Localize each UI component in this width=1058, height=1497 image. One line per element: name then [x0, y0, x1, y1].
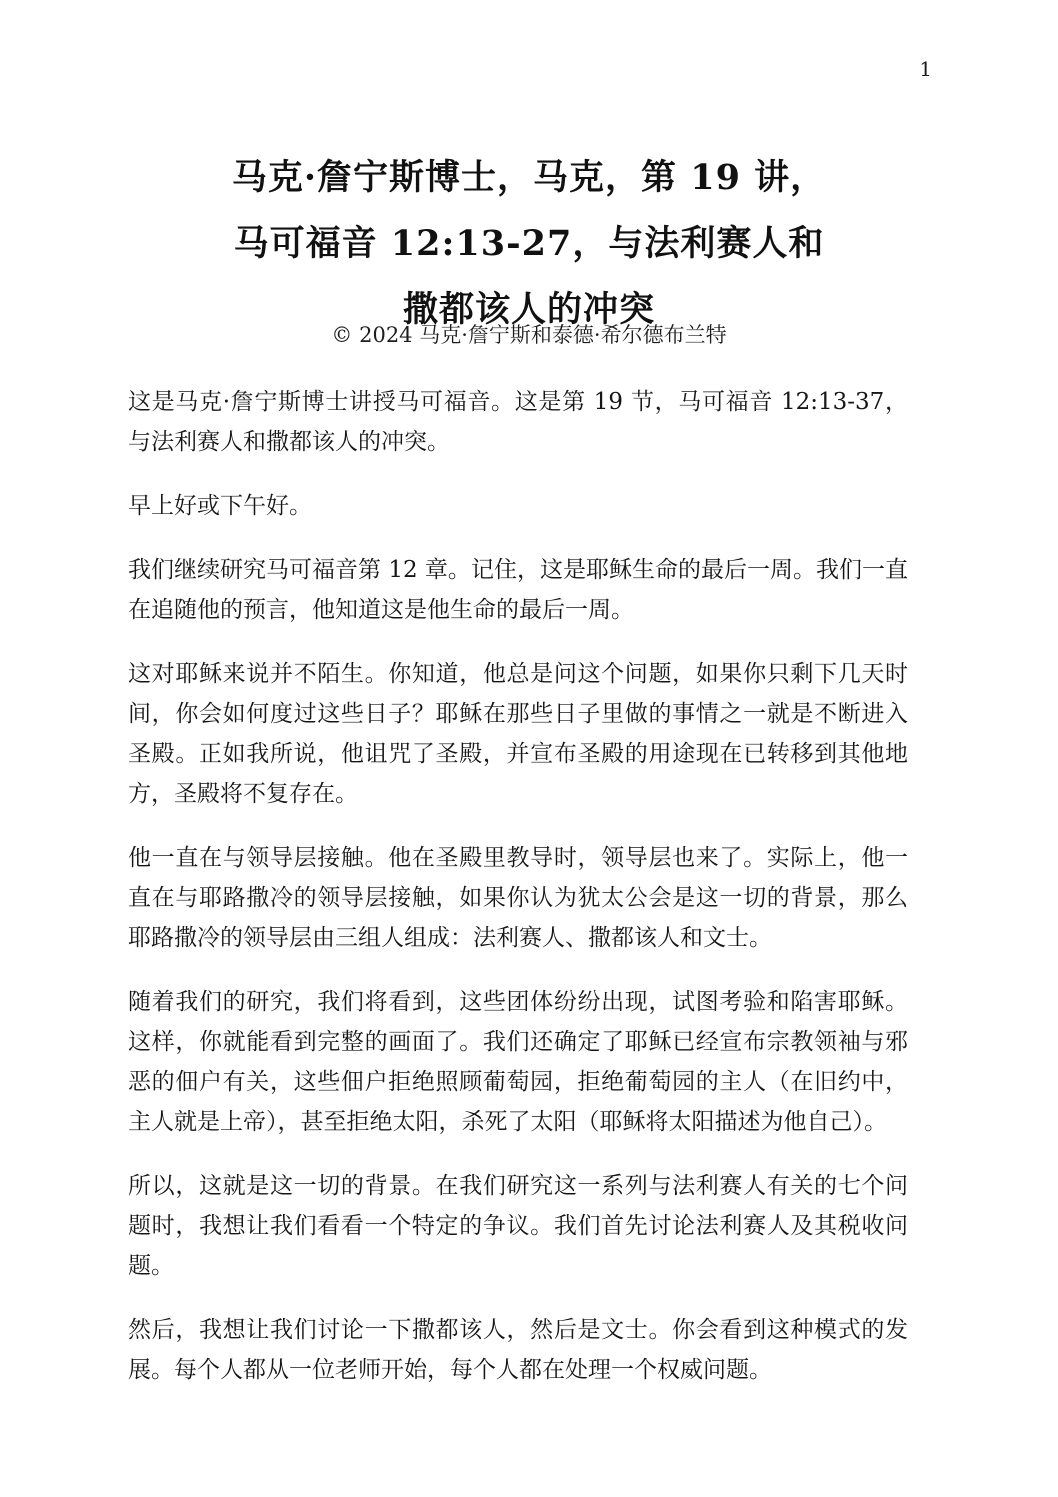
page-number: 1	[919, 56, 932, 82]
body-paragraph-5: 他一直在与领导层接触。他在圣殿里教导时，领导层也来了。实际上，他一直在与耶路撒冷…	[128, 838, 908, 958]
body-paragraph-1: 这是马克·詹宁斯博士讲授马可福音。这是第 19 节，马可福音 12:13-37，…	[128, 382, 908, 462]
document-page: 1 马克·詹宁斯博士，马克，第 19 讲， 马可福音 12:13-27，与法利赛…	[0, 0, 1058, 1497]
document-title-line-2: 马可福音 12:13-27，与法利赛人和	[0, 211, 1058, 277]
body-paragraph-3: 我们继续研究马可福音第 12 章。记住，这是耶稣生命的最后一周。我们一直在追随他…	[128, 550, 908, 630]
document-body: 这是马克·詹宁斯博士讲授马可福音。这是第 19 节，马可福音 12:13-37，…	[128, 382, 908, 1414]
body-paragraph-8: 然后，我想让我们讨论一下撒都该人，然后是文士。你会看到这种模式的发展。每个人都从…	[128, 1310, 908, 1390]
body-paragraph-4: 这对耶稣来说并不陌生。你知道，他总是问这个问题，如果你只剩下几天时间，你会如何度…	[128, 654, 908, 814]
copyright-line: © 2024 马克·詹宁斯和泰德·希尔德布兰特	[0, 320, 1058, 350]
document-title-line-1: 马克·詹宁斯博士，马克，第 19 讲，	[0, 145, 1058, 211]
body-paragraph-6: 随着我们的研究，我们将看到，这些团体纷纷出现，试图考验和陷害耶稣。这样，你就能看…	[128, 982, 908, 1142]
document-title: 马克·詹宁斯博士，马克，第 19 讲， 马可福音 12:13-27，与法利赛人和…	[0, 145, 1058, 343]
body-paragraph-2: 早上好或下午好。	[128, 486, 908, 526]
body-paragraph-7: 所以，这就是这一切的背景。在我们研究这一系列与法利赛人有关的七个问题时，我想让我…	[128, 1166, 908, 1286]
